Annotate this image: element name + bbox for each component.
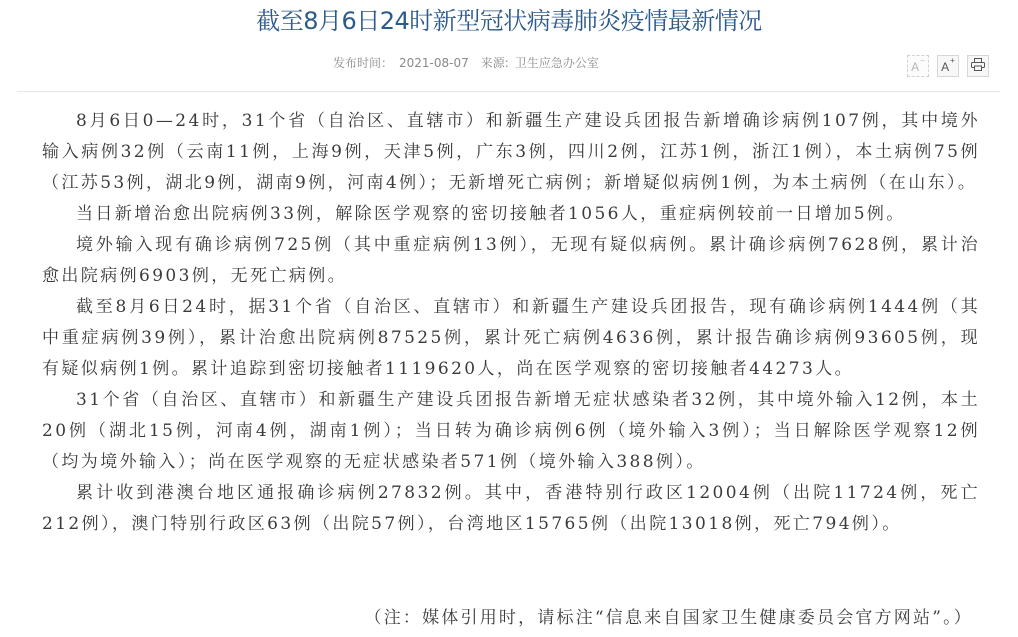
publish-date: 2021-08-07 [399,54,469,72]
source-label: 来源: [481,54,509,72]
paragraph-cumulative: 截至8月6日24时，据31个省（自治区、直辖市）和新疆生产建设兵团报告，现有确诊… [42,292,980,385]
paragraph-recoveries: 当日新增治愈出院病例33例，解除医学观察的密切接触者1056人，重症病例较前一日… [42,199,980,230]
font-decrease-button[interactable]: A− [907,55,929,77]
header-divider [17,91,1000,92]
source-name: 卫生应急办公室 [515,54,599,72]
font-increase-button[interactable]: A+ [937,55,959,77]
article-meta: 发布时间：2021-08-07来源:卫生应急办公室 [333,54,599,72]
paragraph-imported: 境外输入现有确诊病例725例（其中重症病例13例），无现有疑似病例。累计确诊病例… [42,230,980,292]
media-citation-note: （注：媒体引用时，请标注“信息来自国家卫生健康委员会官方网站”。） [365,603,973,634]
font-decrease-icon: A− [911,59,925,74]
paragraph-new-cases: 8月6日0—24时，31个省（自治区、直辖市）和新疆生产建设兵团报告新增确诊病例… [42,106,980,199]
print-icon [971,58,985,74]
paragraph-hk-macao-taiwan: 累计收到港澳台地区通报确诊病例27832例。其中，香港特别行政区12004例（出… [42,478,980,540]
page-title: 截至8月6日24时新型冠状病毒肺炎疫情最新情况 [0,4,1018,38]
article-body: 8月6日0—24时，31个省（自治区、直辖市）和新疆生产建设兵团报告新增确诊病例… [42,106,980,540]
print-button[interactable] [967,55,989,77]
paragraph-asymptomatic: 31个省（自治区、直辖市）和新疆生产建设兵团报告新增无症状感染者32例，其中境外… [42,385,980,478]
font-increase-icon: A+ [941,59,955,74]
article-toolbar: A− A+ [907,55,989,77]
publish-label: 发布时间： [333,54,393,72]
